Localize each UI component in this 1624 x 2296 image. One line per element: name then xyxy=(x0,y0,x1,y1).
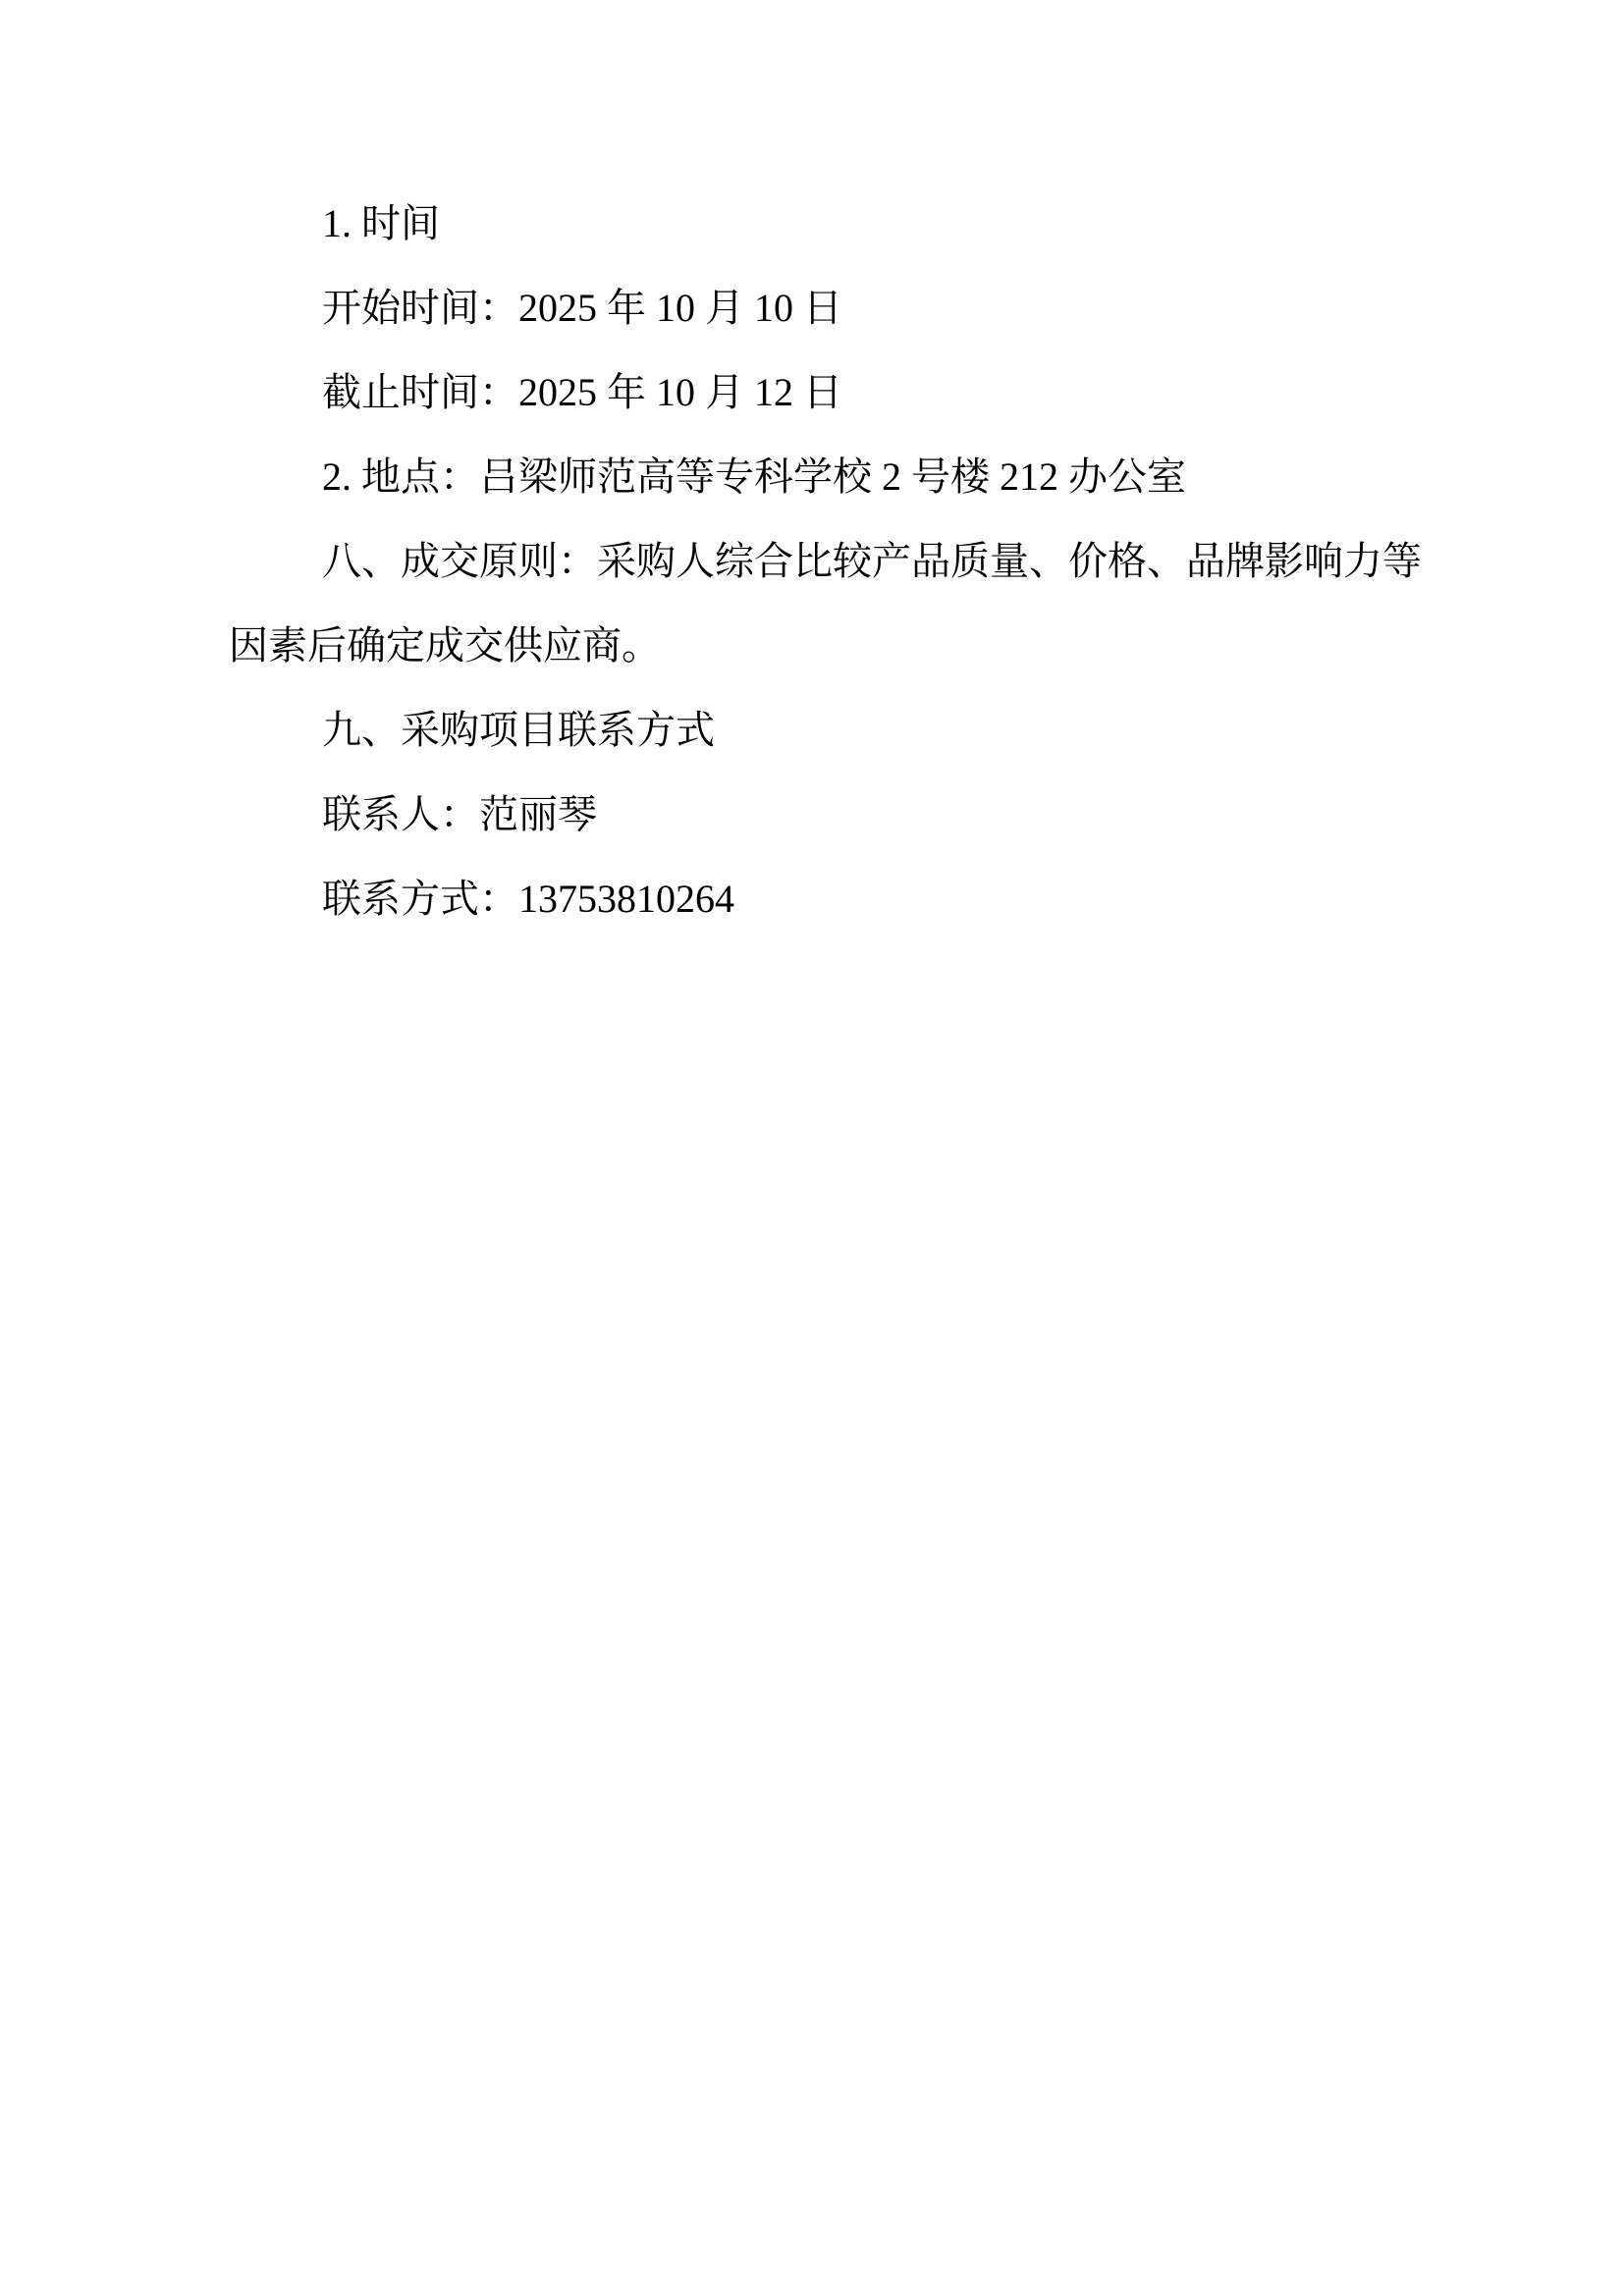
deal-principle-line-2: 因素后确定成交供应商。 xyxy=(229,626,1397,666)
deal-principle-line-1: 八、成交原则：采购人综合比较产品质量、价格、品牌影响力等 xyxy=(229,542,1397,581)
location-line: 2. 地点：吕梁师范高等专科学校 2 号楼 212 办公室 xyxy=(229,457,1397,497)
time-section-heading: 1. 时间 xyxy=(229,204,1397,243)
contact-section-heading: 九、采购项目联系方式 xyxy=(229,711,1397,750)
contact-person-line: 联系人：范丽琴 xyxy=(229,795,1397,834)
end-time-line: 截止时间：2025 年 10 月 12 日 xyxy=(229,373,1397,412)
document-page: 1. 时间 开始时间：2025 年 10 月 10 日 截止时间：2025 年 … xyxy=(0,0,1624,2296)
document-body: 1. 时间 开始时间：2025 年 10 月 10 日 截止时间：2025 年 … xyxy=(229,204,1397,964)
contact-phone-line: 联系方式：13753810264 xyxy=(229,880,1397,919)
start-time-line: 开始时间：2025 年 10 月 10 日 xyxy=(229,289,1397,328)
